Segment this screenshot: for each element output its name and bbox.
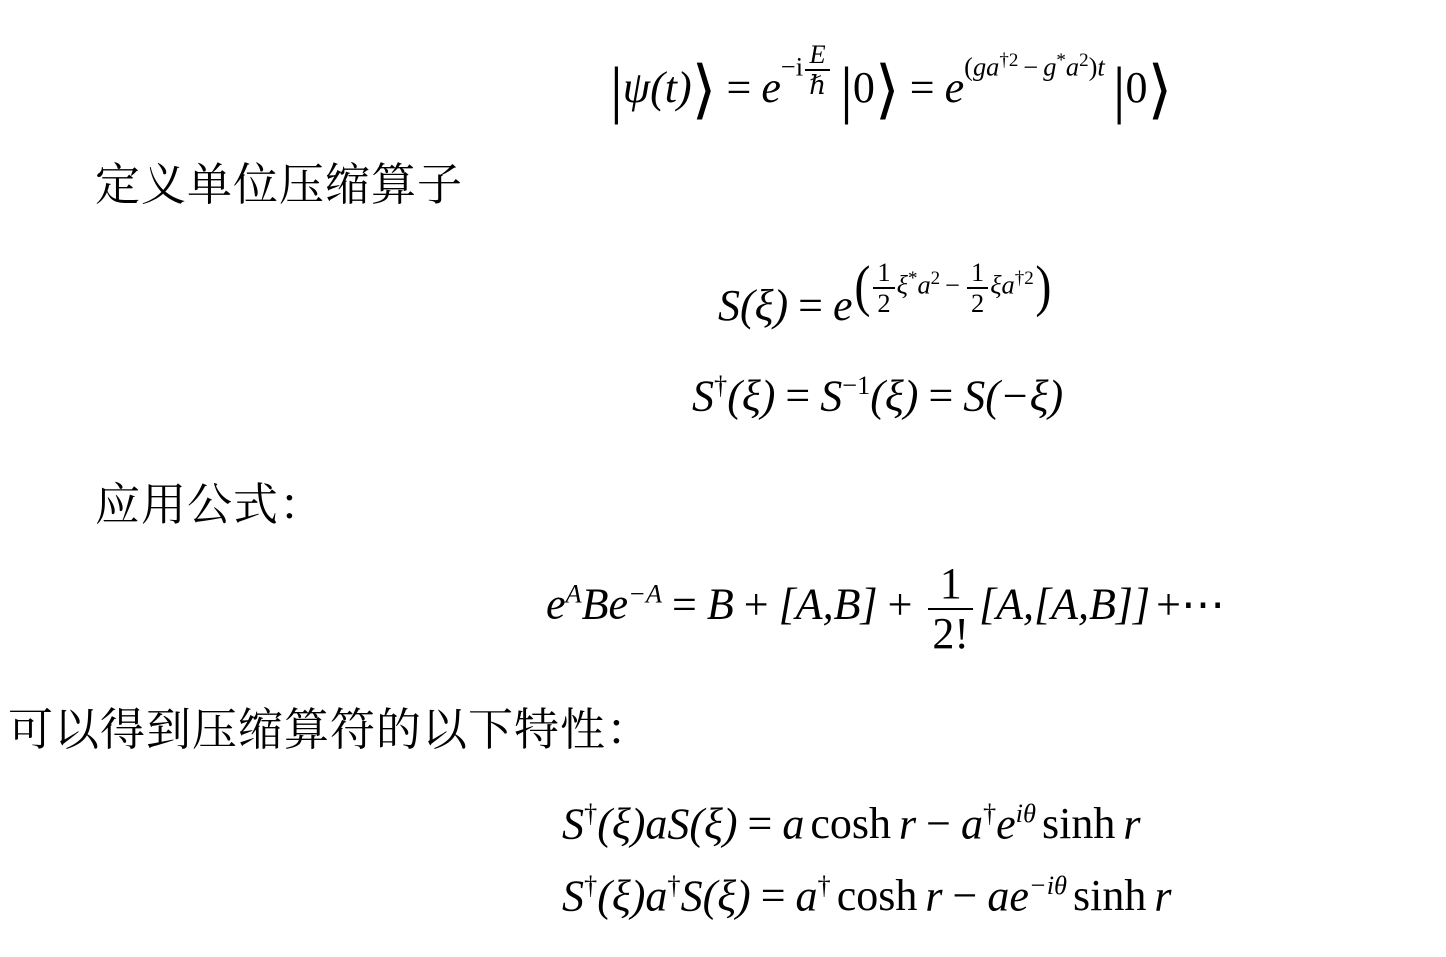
euler-e: e [833, 281, 853, 330]
psi-of-t: ψ(t) [623, 63, 692, 112]
g-a-term: ga [973, 52, 999, 82]
time-t: t [1097, 52, 1104, 82]
numerator-one: 1 [928, 560, 973, 608]
document-page: |ψ(t)⟩=e−iEℏ|0⟩=e(ga†2−g*a2)t|0⟩ 定义单位压缩算… [0, 0, 1446, 957]
sinh-function: sinh [1073, 871, 1146, 920]
vacuum-zero: 0 [853, 63, 875, 112]
exponent-group: (12ξ*a2−12ξa†2) [853, 258, 1053, 317]
squared-sup: 2 [931, 268, 941, 289]
r-parameter: r [1154, 871, 1171, 920]
ket-right-angle: ⟩ [875, 54, 900, 125]
commutator-AB: [A,B] [779, 580, 878, 629]
equals-sign: = [928, 371, 953, 420]
ket-right-angle: ⟩ [692, 54, 717, 125]
numerator-E: E [805, 40, 830, 69]
euler-e: e [609, 580, 629, 629]
big-open-paren: ( [854, 259, 870, 316]
euler-e: e [996, 799, 1016, 848]
equation-property-a: S†(ξ)aS(ξ)=acoshr−a†eiθsinhr [562, 800, 1140, 846]
denominator-two-factorial: 2! [928, 608, 973, 658]
xi-symbol: ξ [897, 270, 908, 300]
star-sup: * [908, 268, 918, 289]
denominator-hbar: ℏ [805, 69, 830, 100]
sinh-function: sinh [1042, 799, 1115, 848]
a-e-term: ae [987, 871, 1029, 920]
equals-sign: = [727, 63, 752, 112]
dagger-sup: † [818, 870, 831, 900]
S-minus-xi: S(−ξ) [963, 371, 1063, 420]
S-operator: S [820, 371, 842, 420]
dagger-sup: † [667, 870, 680, 900]
minus-sign: − [953, 871, 978, 920]
inverse-sup: −1 [842, 370, 870, 400]
a-operator: a [782, 799, 804, 848]
a-operator: a [917, 270, 930, 300]
a-operator: a [1002, 270, 1015, 300]
equals-sign: = [798, 281, 823, 330]
equation-squeeze-adjoint: S†(ξ)=S−1(ξ)=S(−ξ) [692, 372, 1063, 418]
dagger-squared-sup: †2 [999, 50, 1018, 71]
a-operator: a [1066, 52, 1079, 82]
minus-A-sup: −A [628, 578, 662, 608]
big-close-paren: ) [1035, 259, 1051, 316]
dagger-sup: † [983, 798, 996, 828]
cosh-function: cosh [837, 871, 918, 920]
star-sup: * [1056, 50, 1066, 71]
dagger-squared-sup: †2 [1015, 268, 1034, 289]
plus-sign: + [744, 580, 769, 629]
fraction-one-half: 12 [873, 258, 894, 317]
a-operator: a [796, 871, 818, 920]
xi-a-S-xi: (ξ)aS(ξ) [597, 799, 737, 848]
minus-i: −i [781, 52, 803, 82]
equals-sign: = [672, 580, 697, 629]
xi-a-segment: (ξ)a [597, 871, 667, 920]
paragraph-apply-formula: 应用公式： [95, 480, 325, 532]
equation-psi-evolution: |ψ(t)⟩=e−iEℏ|0⟩=e(ga†2−g*a2)t|0⟩ [610, 40, 1172, 122]
equals-sign: = [785, 371, 810, 420]
B-operator: B [707, 580, 734, 629]
S-operator: S [562, 799, 584, 848]
r-parameter: r [1123, 799, 1140, 848]
S-operator: S [562, 871, 584, 920]
equation-bch-expansion: eABe−A=B+[A,B]+12![A,[A,B]]+⋯ [546, 560, 1225, 657]
fraction-one-half: 12 [967, 258, 988, 317]
S-operator: S [692, 371, 714, 420]
a-operator: a [961, 799, 983, 848]
equals-sign: = [761, 871, 786, 920]
A-sup: A [566, 578, 582, 608]
paragraph-define-squeeze-operator: 定义单位压缩算子 [95, 160, 463, 212]
i-theta-sup: iθ [1016, 798, 1036, 828]
dagger-sup: † [584, 798, 597, 828]
open-paren: ( [964, 52, 973, 82]
minus-sign: − [945, 270, 960, 300]
equation-squeeze-operator: S(ξ)=e(12ξ*a2−12ξa†2) [718, 258, 1053, 328]
plus-ellipsis: +⋯ [1156, 580, 1225, 629]
denominator-two: 2 [873, 287, 894, 318]
g-conj: g [1043, 52, 1056, 82]
ket-left-bar: | [610, 54, 623, 125]
numerator-one: 1 [967, 258, 988, 287]
B-operator: B [582, 580, 609, 629]
paragraph-properties-intro: 可以得到压缩算符的以下特性： [8, 705, 652, 757]
vacuum-zero: 0 [1126, 63, 1148, 112]
minus-sign: − [926, 799, 951, 848]
nested-commutator: [A,[A,B]] [979, 580, 1150, 629]
xi-symbol: ξ [990, 270, 1001, 300]
r-parameter: r [925, 871, 942, 920]
exponent-group: −iEℏ [781, 40, 832, 99]
r-parameter: r [899, 799, 916, 848]
euler-e: e [761, 63, 781, 112]
euler-e: e [546, 580, 566, 629]
ket-right-angle: ⟩ [1148, 54, 1173, 125]
equals-sign: = [748, 799, 773, 848]
dagger-sup: † [714, 370, 727, 400]
equals-sign: = [910, 63, 935, 112]
S-of-xi: S(ξ) [718, 281, 788, 330]
fraction-one-over-2-factorial: 12! [928, 560, 973, 657]
euler-e: e [945, 63, 965, 112]
ket-left-bar: | [840, 54, 853, 125]
ket-left-bar: | [1113, 54, 1126, 125]
xi-argument: (ξ) [727, 371, 775, 420]
denominator-two: 2 [967, 287, 988, 318]
cosh-function: cosh [810, 799, 891, 848]
plus-sign: + [888, 580, 913, 629]
squared-sup: 2 [1079, 50, 1089, 71]
dagger-sup: † [584, 870, 597, 900]
exponent-group: (ga†2−g*a2)t [964, 51, 1105, 80]
fraction-E-hbar: Eℏ [805, 40, 830, 99]
xi-argument: (ξ) [870, 371, 918, 420]
S-xi-segment: S(ξ) [681, 871, 751, 920]
minus-i-theta-sup: −iθ [1029, 870, 1067, 900]
numerator-one: 1 [873, 258, 894, 287]
equation-property-a-dagger: S†(ξ)a†S(ξ)=a†coshr−ae−iθsinhr [562, 872, 1171, 918]
minus-sign: − [1023, 52, 1038, 82]
